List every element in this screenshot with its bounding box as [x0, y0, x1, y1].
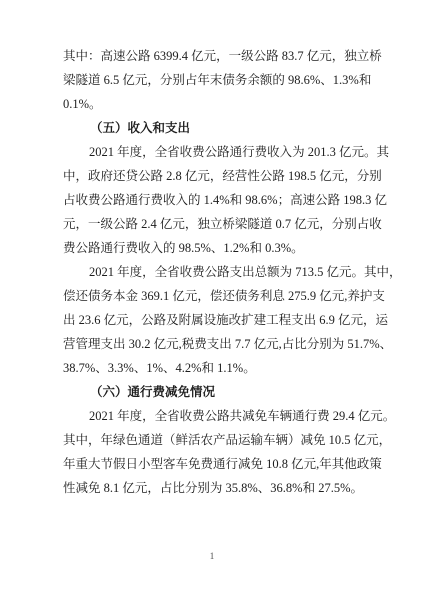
text-line: 偿还债务本金 369.1 亿元，偿还债务利息 275.9 亿元,养护支	[63, 284, 369, 308]
text-line: 2021 年度，全省收费公路通行费收入为 201.3 亿元。其	[63, 140, 369, 164]
text-line: 2021 年度，全省收费公路支出总额为 713.5 亿元。其中，	[63, 260, 369, 284]
text-line: 0.1%。	[63, 92, 369, 116]
text-line: 出 23.6 亿元，公路及附属设施改扩建工程支出 6.9 亿元，运	[63, 308, 369, 332]
text-line: 其中：高速公路 6399.4 亿元，一级公路 83.7 亿元，独立桥	[63, 44, 369, 68]
text-line: 其中，年绿色通道（鲜活农产品运输车辆）减免 10.5 亿元，	[63, 428, 369, 452]
text-line: 性减免 8.1 亿元，占比分别为 35.8%、36.8%和 27.5%。	[63, 476, 369, 500]
text-line: 38.7%、3.3%、1%、4.2%和 1.1%。	[63, 356, 369, 380]
text-line: 年重大节假日小型客车免费通行减免 10.8 亿元,年其他政策	[63, 452, 369, 476]
text-line: 梁隧道 6.5 亿元，分别占年末债务余额的 98.6%、1.3%和	[63, 68, 369, 92]
text-line: 中，政府还贷公路 2.8 亿元，经营性公路 198.5 亿元，分别	[63, 164, 369, 188]
paragraph-continuation: 其中：高速公路 6399.4 亿元，一级公路 83.7 亿元，独立桥 梁隧道 6…	[63, 44, 369, 116]
text-line: 元，一级公路 2.4 亿元，独立桥梁隧道 0.7 亿元，分别占收	[63, 212, 369, 236]
page-number: 1	[0, 550, 424, 562]
text-line: 费公路通行费收入的 98.5%、1.2%和 0.3%。	[63, 236, 369, 260]
section-heading-5: （五）收入和支出	[63, 116, 369, 140]
text-line: 营管理支出 30.2 亿元,税费支出 7.7 亿元,占比分别为 51.7%、	[63, 332, 369, 356]
paragraph-toll-exemption: 2021 年度，全省收费公路共减免车辆通行费 29.4 亿元。 其中，年绿色通道…	[63, 404, 369, 500]
text-line: 2021 年度，全省收费公路共减免车辆通行费 29.4 亿元。	[63, 404, 369, 428]
section-heading-6: （六）通行费减免情况	[63, 380, 369, 404]
text-block: 其中：高速公路 6399.4 亿元，一级公路 83.7 亿元，独立桥 梁隧道 6…	[63, 44, 369, 500]
paragraph-revenue: 2021 年度，全省收费公路通行费收入为 201.3 亿元。其 中，政府还贷公路…	[63, 140, 369, 260]
document-page: 其中：高速公路 6399.4 亿元，一级公路 83.7 亿元，独立桥 梁隧道 6…	[0, 0, 424, 600]
text-line: 占收费公路通行费收入的 1.4%和 98.6%；高速公路 198.3 亿	[63, 188, 369, 212]
paragraph-expenditure: 2021 年度，全省收费公路支出总额为 713.5 亿元。其中， 偿还债务本金 …	[63, 260, 369, 380]
